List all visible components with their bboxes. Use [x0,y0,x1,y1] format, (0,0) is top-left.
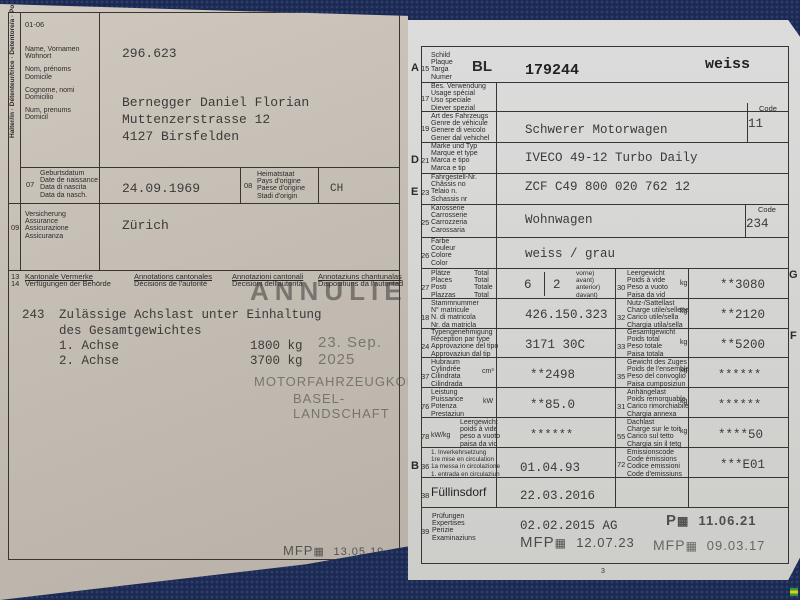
divider [8,203,400,204]
gross-weight: **5200 [720,338,765,352]
label-de: Farbe [431,238,456,245]
field-09-code: 09 [11,223,19,232]
field-78-labels: Leergewicht poids à vide peso a vuoto pa… [460,419,500,448]
field-27-totals: Total Total Totale Total [474,270,493,299]
roof-load: ****50 [718,428,763,442]
label-fr: Cylindrée [431,366,463,373]
label-it: Marca e tipo [431,157,478,164]
field-35-code: 35 [617,372,625,381]
label-rm: Cilindrada [431,381,463,388]
field-36-code: 36 [421,462,429,471]
birth-date: 24.09.1969 [122,181,200,196]
total-it: Totale [474,284,493,291]
label-it: Cilindrata [431,373,463,380]
field-18-labels: Stammnummer N° matricule N. di matricola… [431,300,479,329]
field-33-labels: Gesamtgewicht Poids total Peso totale Pa… [627,329,675,358]
label-it: Peso totale [627,343,675,350]
field-37-unit: cm³ [482,368,494,375]
field-55-code: 55 [617,432,625,441]
label-it: Cognome, nomi [25,87,99,94]
label-fr: Genre de véhicule [431,120,489,127]
label-rm: Data da nasch. [40,192,98,199]
seats-front-labels: vorne) avant) anterior) davant) [576,270,600,299]
label-fr: Charge sur le toit [627,426,681,433]
holder-city: 4127 Birsfelden [122,129,239,144]
field-33-unit: kg [680,339,687,346]
label-rm: Chargia sin il tetg [627,441,681,448]
power: **85.0 [530,398,575,412]
divider [99,12,100,270]
label-fr: Usage spécial [431,90,486,97]
holder-number: 296.623 [122,46,177,61]
label-it: Peso del convoglio [627,373,689,380]
label-rm: Assicuranza [25,233,69,240]
label-rm: Stadi d'origin [257,193,305,200]
label-de: Hubraum [431,359,463,366]
divider [240,167,241,203]
label-rm: Num, prenums [25,107,99,114]
row-letter-a: A [411,62,419,74]
mfp-logo-icon: ▦ [555,536,567,550]
axle-2-value: 3700 kg [250,354,303,368]
label-de: Typengenehmigung [431,329,498,336]
annotations-header-de: Kantonale Vermerke Verfügungen der Behör… [25,273,111,287]
origin-country: CH [330,183,343,195]
label-it: Telaio n. [431,188,477,195]
field-01-06-code: 01-06 [25,20,44,29]
side-label-holder: Halter/in · Détenteur/trice · Detentore/… [9,0,16,138]
label-de: Plätze [431,270,456,277]
label-it: anterior) [576,284,600,291]
vehicle-type-code-label: Code [759,105,777,112]
inspection-date: 09.03.17 [707,538,766,553]
label-it: Peso a vuoto [627,284,668,291]
label-de: Gewicht des Zuges [627,359,689,366]
axle-2-label: 2. Achse [59,354,119,368]
label-rm: Examinaziuns [432,535,476,542]
label-rm: Plazzas [431,292,456,299]
inspection-entry-2: MFP▦ 12.07.23 [520,534,635,551]
label-fr-2: Décisions de l'autorité [134,280,212,287]
field-30-code: 30 [617,283,625,292]
field-17-labels: Bes. Verwendung Usage spécial Uso specia… [431,83,486,112]
field-33-code: 33 [617,342,625,351]
field-25-labels: Karosserie Carrosserie Carrozzeria Caros… [431,205,467,234]
label-rm: Numer [431,74,453,81]
divider [544,272,545,296]
label-de: Gesamtgewicht [627,329,675,336]
row-letter-b: B [411,460,419,472]
divider [20,167,400,168]
label-it: Approvazione del tipo [431,343,498,350]
label-rm-2: Domicil [25,114,99,121]
inspection-place-date: 22.03.2016 [520,489,595,503]
label-it-2: Domicilio [25,94,99,101]
label-rm: Prestaziun [431,411,464,418]
mfp-date: 13.05.19 [333,546,384,558]
insurance: Zürich [122,218,169,233]
chassis-number: ZCF C49 800 020 762 12 [525,180,690,194]
label-de: Bes. Verwendung [431,83,486,90]
stamp-office-line-2: BASEL-LANDSCHAFT [293,391,408,421]
mfp-label: MFP [520,534,555,551]
label-de: Versicherung [25,211,69,218]
field-30-unit: kg [680,280,687,287]
label-fr: Marque et type [431,150,478,157]
divider [20,12,21,270]
emission-code: ***E01 [720,458,765,472]
annotations-header-codes: 13 14 [11,273,19,287]
label-fr: Expertises [432,520,476,527]
holder-street: Muttenzerstrasse 12 [122,112,270,127]
label-it: N. di matricola [431,314,479,321]
label-de: 1. Inverkehrsetzung [431,449,500,456]
field-21-labels: Marke und Typ Marque et type Marca e tip… [431,143,478,172]
label-it: Data di nascita [40,184,98,191]
label-fr: Pays d'origine [257,178,305,185]
vehicle-type: Schwerer Motorwagen [525,123,668,137]
divider [421,507,789,508]
annotation-line-2: des Gesamtgewichtes [59,324,202,338]
divider [421,387,789,388]
inspection-entry-4: MFP▦ 09.03.17 [653,537,765,553]
label-de: Leistung [431,389,464,396]
field-01-06-labels: Name, Vornamen Wohnort Nom, prénoms Domi… [25,46,99,122]
label-fr: Couleur [431,245,456,252]
row-letter-d: D [411,154,419,166]
label-rm: paisa da vid [460,441,500,448]
field-32-unit: kg [680,308,687,315]
field-15-labels: Schild Plaque Targa Numer [431,52,453,81]
field-31-unit: kg [680,398,687,405]
body-type-code-label: Code [758,206,776,213]
label-fr-2: Domicile [25,74,99,81]
body-type: Wohnwagen [525,213,593,227]
mfp-logo-icon: ▦ [686,539,698,553]
page-number-right: 3 [601,568,605,575]
label-de: Heimatstaat [257,171,305,178]
label-de: Karosserie [431,205,467,212]
label-it: Targa [431,66,453,73]
field-76-unit: kW [483,398,493,405]
label-fr: avant) [576,277,600,284]
divider [318,167,319,203]
label-it: Codice emissioni [627,463,682,470]
label-fr: Réception par type [431,336,498,343]
label-de: Emissionscode [627,449,682,456]
field-76-code: 76 [421,402,429,411]
type-approval: 3171 30C [525,338,585,352]
field-26-labels: Farbe Couleur Colore Color [431,238,456,267]
divider [421,204,789,205]
inspection-entry-3: P▦ 11.06.21 [666,512,756,529]
label-fr: Poids à vide [627,277,668,284]
label-rm: Carossaria [431,227,467,234]
label-fr: Poids total [627,336,675,343]
label-fr: 1re mise en circulation [431,456,500,463]
annotation-code: 243 [22,308,45,322]
inspection-date: 11.06.21 [699,513,757,528]
divider [421,268,789,269]
make-model: IVECO 49-12 Turbo Daily [525,151,698,165]
field-37-labels: Hubraum Cylindrée Cilindrata Cilindrada [431,359,463,388]
label-rm: Marca e tip [431,165,478,172]
vehicle-type-code: 11 [748,117,763,131]
label-de: Schild [431,52,453,59]
field-78-prefix: kW/kg [431,432,450,439]
seats-front: 2 [553,278,561,292]
label-fr: Puissance [431,396,464,403]
mfp-label: MFP [653,537,686,553]
mfp-logo-icon: ▦ [677,514,689,528]
label-rm: Approvaziun dal tip [431,351,498,358]
field-08-code: 08 [244,181,252,190]
label-fr: Nom, prénoms [25,66,99,73]
label-de: Dachlast [627,419,681,426]
label-de-2: Verfügungen der Behörde [25,280,111,287]
field-17-code: 17 [421,94,429,103]
field-78-code: 78 [421,432,429,441]
field-27-code: 27 [421,283,429,292]
power-weight-ratio: ****** [530,428,573,442]
page-number-left: 2 [214,590,218,597]
field-37-code: 37 [421,372,429,381]
label-it: peso a vuoto [460,433,500,440]
label-it: Potenza [431,403,464,410]
label-fr: Code émissions [627,456,682,463]
label-de: Leergewicht [460,419,500,426]
label-rm: Gener dal vehichel [431,135,489,142]
field-30-labels: Leergewicht Poids à vide Peso a vuoto Pa… [627,270,668,299]
label-rm: Schassis nr [431,196,477,203]
label-it: Genere di veicolo [431,127,489,134]
field-07-labels: Geburtsdatum Date de naissance Data di n… [40,170,98,199]
field-36-labels: 1. Inverkehrsetzung 1re mise en circulat… [431,449,500,478]
label-de: Leergewicht [627,270,668,277]
empty-weight: **3080 [720,278,765,292]
total-de: Total [474,270,493,277]
train-weight: ****** [718,368,761,382]
field-26-code: 26 [421,251,429,260]
field-32-code: 32 [617,313,625,322]
label-fr: Carrosserie [431,212,467,219]
label-it: Colore [431,252,456,259]
inspection-date: 12.07.23 [576,535,635,550]
label-de: Fahrgestell-Nr. [431,174,477,181]
label-fr: Assurance [25,218,69,225]
field-21-code: 21 [421,156,429,165]
label-rm: Paisa totala [627,351,675,358]
left-page: Halter/in · Détenteur/trice · Detentore/… [0,4,408,600]
payload: **2120 [720,308,765,322]
field-09-labels: Versicherung Assurance Assicurazione Ass… [25,211,69,240]
label-fr: poids à vide [460,426,500,433]
field-07-code: 07 [26,180,34,189]
label-de: Art des Fahrzeugs [431,113,489,120]
axle-1-label: 1. Achse [59,339,119,353]
label-fr: Places [431,277,456,284]
total-fr: Total [474,277,493,284]
master-number: 426.150.323 [525,308,608,322]
label-rm: Nr. da matricla [431,322,479,329]
label-de-2: Wohnort [25,53,99,60]
axle-1-value: 1800 kg [250,339,303,353]
label-it: 1a messa in circolazione [431,463,500,470]
p-label: P [666,512,677,529]
label-de: Geburtsdatum [40,170,98,177]
plate-canton: BL [472,58,492,75]
label-de: Nutz-/Sattellast [627,300,689,307]
divider [421,417,789,418]
label-it: Carrozzeria [431,219,467,226]
label-it: Assicurazione [25,225,69,232]
mfp-label: MFP [283,543,313,558]
stamp-date: 23. Sep. 2025 [318,334,408,368]
field-72-labels: Emissionscode Code émissions Codice emis… [627,449,682,478]
annotation-line-1: Zulässige Achslast unter Einhaltung [59,308,322,322]
plate-number: 179244 [525,62,579,79]
annotations-header-fr: Annotations cantonales Décisions de l'au… [134,273,212,287]
corner-badge-icon [790,588,798,596]
label-it: Paese d'origine [257,185,305,192]
label-rm: Chargia utila/sella [627,322,689,329]
label-de: Marke und Typ [431,143,478,150]
row-letter-e: E [411,186,418,198]
field-23-labels: Fahrgestell-Nr. Châssis no Telaio n. Sch… [431,174,477,203]
field-38-code: 38 [421,491,429,500]
label-rm: davant) [576,292,600,299]
label-fr: Date de naissance [40,177,98,184]
label-fr: Plaque [431,59,453,66]
field-24-code: 24 [421,342,429,351]
code-14: 14 [11,280,19,287]
label-rm: Color [431,260,456,267]
right-page: A 15 Schild Plaque Targa Numer BL 179244… [408,20,800,580]
field-31-code: 31 [617,402,625,411]
vehicle-color: weiss / grau [525,247,615,261]
divider [496,82,497,291]
holder-name: Bernegger Daniel Florian [122,95,309,110]
field-15-code: 15 [421,64,429,73]
field-72-code: 72 [617,460,625,469]
field-25-code: 25 [421,218,429,227]
label-fr: Châssis no [431,181,477,188]
divider [8,270,400,271]
inspection-entry-1: 02.02.2015 AG [520,519,618,533]
mfp-stamp: MFP▦ 13.05.19 [283,543,384,558]
label-it: Uso speciale [431,97,486,104]
label-de: Prüfungen [432,513,476,520]
label-it: Perizie [432,527,476,534]
label-fr: N° matricule [431,307,479,314]
label-rm: Paisa cumposiziun [627,381,689,388]
field-76-labels: Leistung Puissance Potenza Prestaziun [431,389,464,418]
label-de: vorne) [576,270,600,277]
field-18-code: 18 [421,313,429,322]
label-it: Carico sul tetto [627,433,681,440]
label-it: Posti [431,284,456,291]
plate-color: weiss [705,56,750,73]
label-it: Carico utile/sella [627,314,689,321]
field-39-labels: Prüfungen Expertises Perizie Examinaziun… [432,513,476,542]
inspection-place: Füllinsdorf [431,485,486,499]
displacement: **2498 [530,368,575,382]
label-rm: 1. entrada en circulaziun [431,471,500,478]
label-rm: Code d'emissiuns [627,471,682,478]
first-registration-date: 01.04.93 [520,461,580,475]
side-letter-g: G [789,269,798,281]
field-23-code: 23 [421,188,429,197]
field-35-unit: kg [680,367,687,374]
divider [421,111,789,112]
field-27-labels: Plätze Places Posti Plazzas [431,270,456,299]
field-24-labels: Typengenehmigung Réception par type Appr… [431,329,498,358]
label-de: Name, Vornamen [25,46,99,53]
total-rm: Total [474,292,493,299]
seats-total: 6 [524,278,532,292]
field-55-labels: Dachlast Charge sur le toit Carico sul t… [627,419,681,448]
towing-capacity: ****** [718,398,761,412]
field-55-unit: kg [680,428,687,435]
field-19-code: 19 [421,124,429,133]
label-rm: Paisa da vid [627,292,668,299]
label-rm: Chargia annexa [627,411,689,418]
field-19-labels: Art des Fahrzeugs Genre de véhicule Gene… [431,113,489,142]
field-08-labels: Heimatstaat Pays d'origine Paese d'origi… [257,171,305,200]
label-de: Anhängelast [627,389,689,396]
body-type-code: 234 [746,217,769,231]
side-letter-f: F [790,330,797,342]
divider [421,237,789,238]
field-39-code: 39 [421,527,429,536]
mfp-logo-icon: ▦ [313,546,324,558]
